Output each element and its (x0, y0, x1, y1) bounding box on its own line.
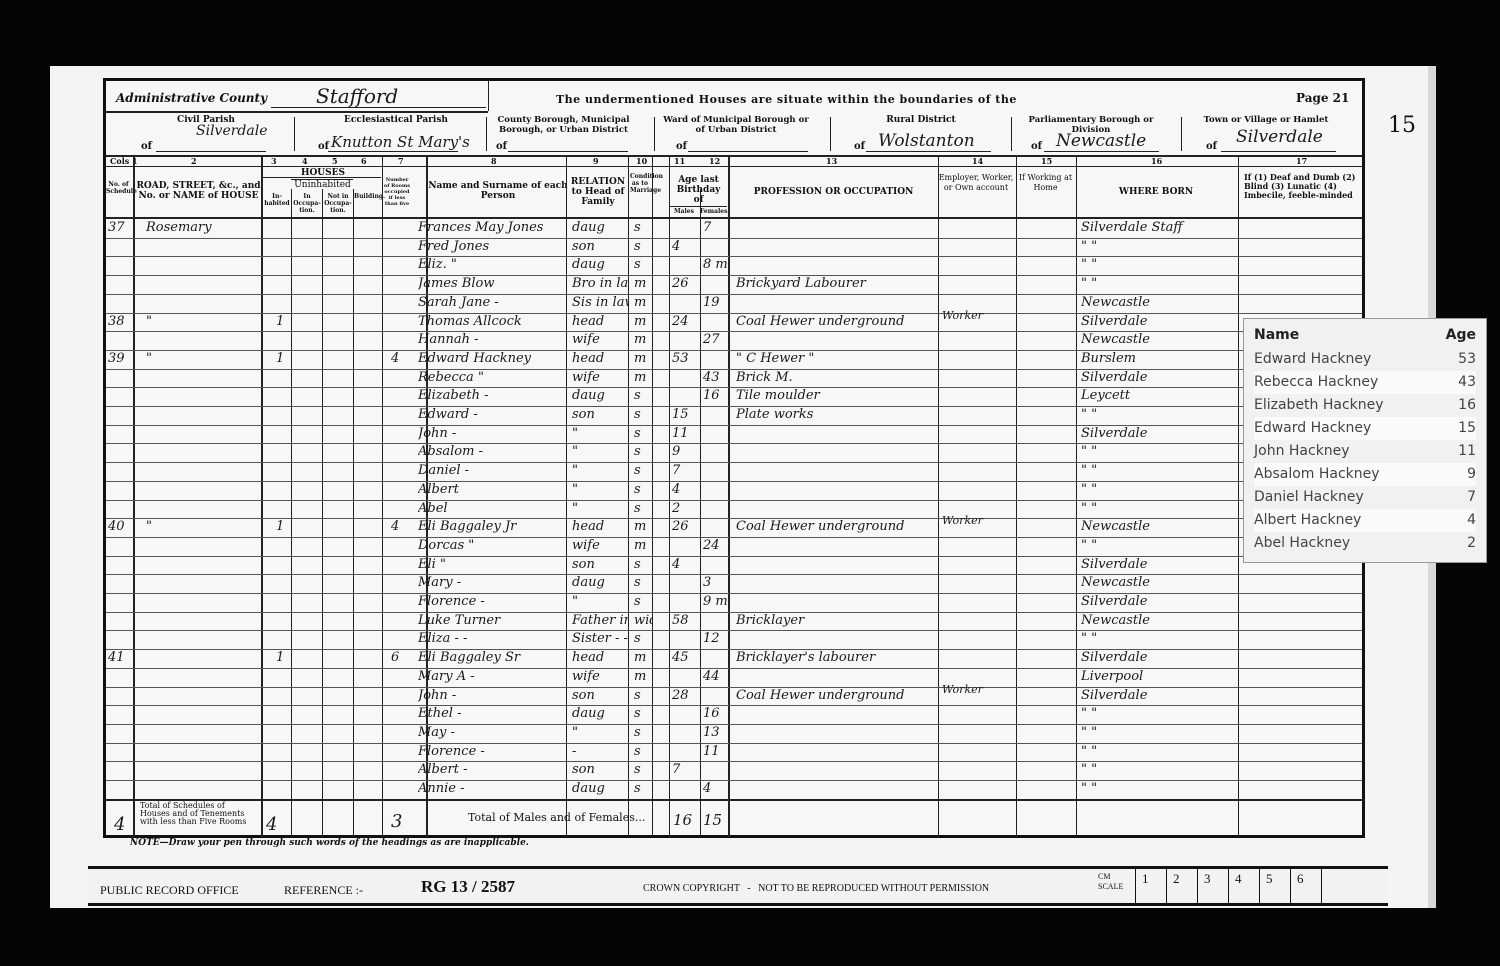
cell-name: Eli Baggaley Jr (418, 519, 568, 534)
cell-f: 43 (703, 370, 729, 385)
person-age: 15 (1458, 417, 1476, 440)
cell-road: " (146, 351, 256, 366)
footer-reference: RG 13 / 2587 (421, 877, 515, 897)
cell-born: " " (1081, 257, 1236, 272)
cell-emp: Worker (942, 514, 1016, 527)
cell-f: 24 (703, 538, 729, 553)
scale-mark: 4 (1228, 869, 1259, 903)
parliamentary-value: Newcastle (1056, 131, 1146, 151)
column-number: 10 (636, 156, 647, 166)
total-males: 16 (673, 811, 692, 829)
cell-m: 26 (672, 276, 700, 291)
cell-m: 15 (672, 407, 700, 422)
cell-m: 58 (672, 613, 700, 628)
cell-f: 27 (703, 332, 729, 347)
col-rooms-header: Number of Rooms occupied if less than fi… (383, 177, 411, 207)
transcription-row[interactable]: Albert Hackney4 (1254, 509, 1476, 532)
col-infirmity-header: If (1) Deaf and Dumb (2) Blind (3) Lunat… (1244, 173, 1359, 200)
transcription-row[interactable]: Rebecca Hackney43 (1254, 371, 1476, 394)
scale-mark: 1 (1135, 869, 1166, 903)
cell-name: Abel (418, 501, 568, 516)
cell-cond: s (634, 407, 652, 422)
cell-born: Silverdale (1081, 650, 1236, 665)
cell-name: Florence - (418, 744, 568, 759)
side-number: 15 (1388, 113, 1416, 138)
town-label: Town or Village or Hamlet (1196, 115, 1336, 125)
cell-cond: s (634, 781, 652, 796)
cell-born: Silverdale (1081, 557, 1236, 572)
cell-occ: Bricklayer's labourer (736, 650, 936, 665)
column-number: 2 (191, 156, 197, 166)
cell-rooms: 4 (391, 351, 421, 366)
column-number: 8 (491, 156, 497, 166)
transcription-row[interactable]: Edward Hackney15 (1254, 417, 1476, 440)
cell-born: Liverpool (1081, 669, 1236, 684)
col-condition-header: Condition as to Marriage (630, 173, 650, 194)
transcription-row[interactable]: Abel Hackney2 (1254, 532, 1476, 555)
cell-cond: s (634, 744, 652, 759)
col-working-home-header: If Working at Home (1018, 173, 1073, 193)
cell-name: Luke Turner (418, 613, 568, 628)
cell-born: " " (1081, 501, 1236, 516)
cell-rel: " (572, 482, 628, 497)
person-name: Rebecca Hackney (1254, 371, 1378, 394)
cell-cond: s (634, 706, 652, 721)
footer-strip: PUBLIC RECORD OFFICE REFERENCE :- RG 13 … (88, 866, 1388, 906)
cell-cond: m (634, 295, 652, 310)
person-name: Elizabeth Hackney (1254, 394, 1384, 417)
cell-cond: s (634, 575, 652, 590)
cell-m: 2 (672, 501, 700, 516)
cell-name: Hannah - (418, 332, 568, 347)
cell-rel: daug (572, 257, 628, 272)
cell-road: Rosemary (146, 220, 256, 235)
person-age: 16 (1458, 394, 1476, 417)
transcription-row[interactable]: Absalom Hackney9 (1254, 463, 1476, 486)
col-road-header: ROAD, STREET, &c., and No. or NAME of HO… (136, 181, 261, 201)
transcription-header: Name Age (1254, 327, 1476, 349)
cell-f: 4 (703, 781, 729, 796)
column-number: 13 (826, 156, 837, 166)
cell-name: Eliza - - (418, 631, 568, 646)
cell-m: 26 (672, 519, 700, 534)
col-building-header: Building. (354, 193, 382, 200)
cell-rel: Sister - - (572, 631, 628, 646)
person-name: Daniel Hackney (1254, 486, 1364, 509)
cell-m: 53 (672, 351, 700, 366)
cell-rel: Bro in law (572, 276, 628, 291)
cell-inh: 1 (276, 351, 290, 366)
transcription-row[interactable]: Edward Hackney53 (1254, 348, 1476, 371)
cell-cond: m (634, 314, 652, 329)
cell-f: 3 (703, 575, 729, 590)
total-rooms: 3 (391, 811, 402, 832)
cell-born: Newcastle (1081, 575, 1236, 590)
cell-cond: s (634, 463, 652, 478)
cell-rel: " (572, 501, 628, 516)
cell-name: Ethel - (418, 706, 568, 721)
cell-f: 8 mo (703, 257, 729, 272)
cell-m: 9 (672, 444, 700, 459)
cell-rel: " (572, 426, 628, 441)
cell-rel: daug (572, 781, 628, 796)
county-borough-label: County Borough, Municipal Borough, or Ur… (491, 115, 636, 135)
cell-rel: daug (572, 706, 628, 721)
cell-m: 4 (672, 239, 700, 254)
admin-county-value: Stafford (316, 84, 398, 108)
cell-born: Burslem (1081, 351, 1236, 366)
cell-born: Silverdale (1081, 594, 1236, 609)
cell-cond: s (634, 688, 652, 703)
cell-cond: s (634, 762, 652, 777)
cell-sched: 38 (108, 314, 130, 329)
cell-cond: m (634, 370, 652, 385)
cell-m: 28 (672, 688, 700, 703)
cell-name: Frances May Jones (418, 220, 568, 235)
cell-born: Newcastle (1081, 613, 1236, 628)
cell-rooms: 6 (391, 650, 421, 665)
cell-f: 16 (703, 706, 729, 721)
cell-inh: 1 (276, 519, 290, 534)
cell-f: 19 (703, 295, 729, 310)
cell-born: " " (1081, 239, 1236, 254)
cell-name: Dorcas " (418, 538, 568, 553)
cell-name: Edward - (418, 407, 568, 422)
cell-born: Newcastle (1081, 295, 1236, 310)
cell-cond: m (634, 519, 652, 534)
cell-occ: Brick M. (736, 370, 936, 385)
person-name: Absalom Hackney (1254, 463, 1380, 486)
header-age: Age (1446, 327, 1476, 343)
col-where-born-header: WHERE BORN (1076, 187, 1236, 197)
cell-name: Florence - (418, 594, 568, 609)
cell-name: May - (418, 725, 568, 740)
cell-born: " " (1081, 538, 1236, 553)
col-relation-header: RELATION to Head of Family (568, 177, 628, 207)
cell-born: " " (1081, 706, 1236, 721)
cell-m: 24 (672, 314, 700, 329)
cell-emp: Worker (942, 309, 1016, 322)
cell-rel: daug (572, 220, 628, 235)
person-age: 9 (1467, 463, 1476, 486)
cell-born: Silverdale (1081, 688, 1236, 703)
cell-cond: m (634, 332, 652, 347)
scale-mark (1321, 869, 1352, 903)
cell-occ: Coal Hewer underground (736, 688, 936, 703)
person-age: 11 (1458, 440, 1476, 463)
cell-rel: - (572, 744, 628, 759)
cell-name: Mary - (418, 575, 568, 590)
cell-f: 16 (703, 388, 729, 403)
cell-name: Rebecca " (418, 370, 568, 385)
cell-rel: Father in law (572, 613, 628, 628)
col-not-in-occupation-header: Not in Occupa-tion. (323, 193, 353, 214)
col-employer-header: Employer, Worker, or Own account (938, 173, 1014, 193)
cell-sched: 39 (108, 351, 130, 366)
footer-copyright: CROWN COPYRIGHT - NOT TO BE REPRODUCED W… (643, 883, 989, 894)
cell-rel: wife (572, 370, 628, 385)
cell-born: Newcastle (1081, 519, 1236, 534)
cell-cond: widower (634, 613, 652, 628)
cell-rel: son (572, 688, 628, 703)
cell-sched: 37 (108, 220, 130, 235)
cell-name: Eli Baggaley Sr (418, 650, 568, 665)
cell-occ: Coal Hewer underground (736, 519, 936, 534)
cell-rel: " (572, 463, 628, 478)
col-age-header: Age last Birthday of (671, 175, 726, 205)
cell-f: 11 (703, 744, 729, 759)
cell-cond: s (634, 594, 652, 609)
cell-rel: head (572, 351, 628, 366)
total-schedules-label: Total of Schedules of Houses and of Tene… (140, 802, 255, 826)
cell-rel: head (572, 519, 628, 534)
cell-rel: daug (572, 388, 628, 403)
cell-rooms: 4 (391, 519, 421, 534)
cell-inh: 1 (276, 650, 290, 665)
column-number: 5 (332, 156, 338, 166)
person-age: 7 (1467, 486, 1476, 509)
cell-f: 44 (703, 669, 729, 684)
cell-occ: Brickyard Labourer (736, 276, 936, 291)
cell-rel: wife (572, 332, 628, 347)
cell-name: Eli " (418, 557, 568, 572)
ecclesiastical-parish-label: Ecclesiastical Parish (326, 115, 466, 125)
cell-name: Fred Jones (418, 239, 568, 254)
col-occupation-header: PROFESSION OR OCCUPATION (731, 187, 936, 197)
cell-born: " " (1081, 744, 1236, 759)
cell-born: " " (1081, 781, 1236, 796)
total-houses: 4 (266, 814, 277, 835)
cell-name: John - (418, 688, 568, 703)
cell-cond: s (634, 631, 652, 646)
scale-mark: 6 (1290, 869, 1321, 903)
cell-cond: s (634, 501, 652, 516)
footer-office: PUBLIC RECORD OFFICE (100, 883, 239, 898)
cell-m: 4 (672, 557, 700, 572)
footer-reference-label: REFERENCE :- (284, 883, 363, 898)
person-name: Edward Hackney (1254, 417, 1371, 440)
cell-cond: s (634, 444, 652, 459)
person-name: John Hackney (1254, 440, 1350, 463)
cell-occ: Coal Hewer underground (736, 314, 936, 329)
ecclesiastical-parish-value: Knutton St Mary's (331, 133, 470, 151)
cell-born: Silverdale (1081, 370, 1236, 385)
person-age: 43 (1458, 371, 1476, 394)
cell-cond: m (634, 669, 652, 684)
cell-rel: head (572, 650, 628, 665)
cell-rel: wife (572, 669, 628, 684)
cell-cond: s (634, 725, 652, 740)
cell-born: Silverdale (1081, 314, 1236, 329)
cell-born: " " (1081, 276, 1236, 291)
cell-sched: 41 (108, 650, 130, 665)
cell-name: Sarah Jane - (418, 295, 568, 310)
ward-label: Ward of Municipal Borough or of Urban Di… (661, 115, 811, 135)
col-inhabited-header: In-habited (263, 193, 291, 207)
cell-cond: s (634, 257, 652, 272)
cell-born: " " (1081, 444, 1236, 459)
column-number: 7 (398, 156, 404, 166)
col-schedule-header: No. of Schedule (106, 181, 131, 195)
cell-m: 4 (672, 482, 700, 497)
cell-cond: s (634, 557, 652, 572)
cell-cond: s (634, 388, 652, 403)
cell-rel: daug (572, 575, 628, 590)
cell-f: 7 (703, 220, 729, 235)
person-name: Albert Hackney (1254, 509, 1361, 532)
column-number: 3 (271, 156, 277, 166)
col-males-header: Males (669, 208, 699, 215)
cell-inh: 1 (276, 314, 290, 329)
cell-born: " " (1081, 407, 1236, 422)
transcription-row[interactable]: Daniel Hackney7 (1254, 486, 1476, 509)
cell-m: 7 (672, 463, 700, 478)
cell-name: Absalom - (418, 444, 568, 459)
column-number: 6 (361, 156, 367, 166)
person-name: Abel Hackney (1254, 532, 1350, 555)
cell-name: John - (418, 426, 568, 441)
cell-name: Mary A - (418, 669, 568, 684)
cell-name: Annie - (418, 781, 568, 796)
cell-rel: wife (572, 538, 628, 553)
cell-occ: " C Hewer " (736, 351, 936, 366)
total-label: Total of Males and of Females... (468, 811, 645, 824)
cell-rel: " (572, 444, 628, 459)
column-number: 16 (1151, 156, 1162, 166)
civil-parish-value: Silverdale (196, 123, 268, 139)
cell-name: Daniel - (418, 463, 568, 478)
cell-rel: Sis in law (572, 295, 628, 310)
page-number: Page 21 (1296, 91, 1349, 105)
cell-born: " " (1081, 482, 1236, 497)
column-number: 4 (302, 156, 308, 166)
cell-m: 11 (672, 426, 700, 441)
cell-born: " " (1081, 762, 1236, 777)
cell-cond: m (634, 276, 652, 291)
person-age: 2 (1467, 532, 1476, 555)
col-females-header: Females (700, 208, 727, 215)
cell-rel: head (572, 314, 628, 329)
cell-born: " " (1081, 463, 1236, 478)
admin-county-label: Administrative County (116, 91, 267, 105)
cell-cond: m (634, 351, 652, 366)
cell-road: " (146, 314, 256, 329)
cell-name: Albert - (418, 762, 568, 777)
cell-cond: m (634, 538, 652, 553)
cell-cond: s (634, 426, 652, 441)
cell-f: 9 mo (703, 594, 729, 609)
cell-rel: son (572, 557, 628, 572)
scale-mark: 2 (1166, 869, 1197, 903)
cell-m: 7 (672, 762, 700, 777)
cell-born: " " (1081, 725, 1236, 740)
transcription-row[interactable]: Elizabeth Hackney16 (1254, 394, 1476, 417)
cell-name: Eliz. " (418, 257, 568, 272)
column-number: 14 (972, 156, 983, 166)
cell-name: Albert (418, 482, 568, 497)
cell-name: Thomas Allcock (418, 314, 568, 329)
total-females: 15 (703, 811, 722, 829)
cell-m: 45 (672, 650, 700, 665)
cell-emp: Worker (942, 683, 1016, 696)
column-number: 12 (709, 156, 720, 166)
column-number: 15 (1041, 156, 1052, 166)
cell-name: Edward Hackney (418, 351, 568, 366)
cell-cond: m (634, 650, 652, 665)
header-name: Name (1254, 327, 1299, 343)
cell-name: Elizabeth - (418, 388, 568, 403)
note: NOTE—Draw your pen through such words of… (130, 838, 529, 848)
cell-occ: Tile moulder (736, 388, 936, 403)
cell-rel: son (572, 762, 628, 777)
transcription-panel: Name Age Edward Hackney53Rebecca Hackney… (1243, 318, 1487, 563)
total-schedules: 4 (114, 814, 125, 835)
cell-rel: " (572, 594, 628, 609)
cell-rel: son (572, 407, 628, 422)
cell-rel: " (572, 725, 628, 740)
intro-text: The undermentioned Houses are situate wi… (556, 93, 1017, 106)
cell-born: Newcastle (1081, 332, 1236, 347)
column-number: 9 (593, 156, 599, 166)
cell-cond: s (634, 220, 652, 235)
cell-born: Silverdale (1081, 426, 1236, 441)
rural-district-label: Rural District (846, 115, 996, 125)
cell-born: Silverdale Staff (1081, 220, 1236, 235)
footer-scale-label: CM SCALE (1098, 872, 1128, 892)
column-number: 17 (1296, 156, 1307, 166)
scale-mark: 5 (1259, 869, 1290, 903)
col-name-header: Name and Surname of each Person (428, 181, 568, 201)
person-age: 4 (1467, 509, 1476, 532)
cell-occ: Plate works (736, 407, 936, 422)
cell-born: Leycett (1081, 388, 1236, 403)
cell-born: " " (1081, 631, 1236, 646)
cell-cond: s (634, 482, 652, 497)
town-value: Silverdale (1236, 127, 1323, 147)
scale-mark: 3 (1197, 869, 1228, 903)
cell-cond: s (634, 239, 652, 254)
cell-f: 13 (703, 725, 729, 740)
cell-road: " (146, 519, 256, 534)
cell-rel: son (572, 239, 628, 254)
cell-sched: 40 (108, 519, 130, 534)
transcription-row[interactable]: John Hackney11 (1254, 440, 1476, 463)
col-in-occupation-header: In Occupa-tion. (292, 193, 322, 214)
column-number: 11 (674, 156, 685, 166)
cell-occ: Bricklayer (736, 613, 936, 628)
cell-name: James Blow (418, 276, 568, 291)
person-name: Edward Hackney (1254, 348, 1371, 371)
census-form: Administrative County Stafford The under… (103, 78, 1365, 838)
rural-district-value: Wolstanton (878, 131, 975, 151)
person-age: 53 (1458, 348, 1476, 371)
cell-f: 12 (703, 631, 729, 646)
